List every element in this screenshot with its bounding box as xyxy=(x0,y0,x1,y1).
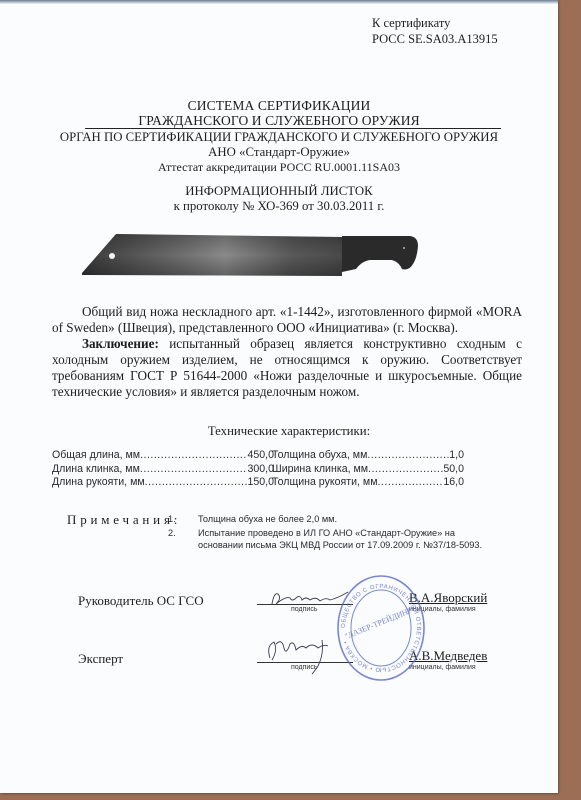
specs-right-column: Толщина обуха, мм1,0 Ширина клинка, мм50… xyxy=(272,449,464,490)
scan-shadow xyxy=(0,0,558,4)
spec-label: Длина рукояти, мм xyxy=(52,476,145,490)
notes-label: Примечания: xyxy=(67,512,181,528)
product-description: Общий вид ножа нескладного арт. «1-1442»… xyxy=(52,304,522,336)
spec-label: Толщина рукояти, мм xyxy=(272,476,377,490)
spec-value: 450,0 xyxy=(247,449,274,463)
spec-value: 300,0 xyxy=(247,463,274,477)
signature-caption: подпись xyxy=(291,606,317,613)
document-title: ИНФОРМАЦИОННЫЙ ЛИСТОК xyxy=(0,184,558,199)
spec-value: 50,0 xyxy=(443,463,464,477)
certificate-ref-line1: К сертификату xyxy=(372,15,498,31)
note-text: Испытание проведено в ИЛ ГО АНО «Стандар… xyxy=(198,527,488,551)
system-heading-line2: ГРАЖДАНСКОГО И СЛУЖЕБНОГО ОРУЖИЯ xyxy=(0,113,558,128)
spec-value: 150,0 xyxy=(247,476,274,490)
spec-row: Общая длина, мм450,0 xyxy=(52,449,274,463)
note-text: Толщина обуха не более 2,0 мм. xyxy=(198,513,488,525)
notes-list: 1.Толщина обуха не более 2,0 мм. 2.Испыт… xyxy=(168,513,488,553)
system-heading-line1: СИСТЕМА СЕРТИФИКАЦИИ xyxy=(0,98,558,113)
spec-label: Длина клинка, мм xyxy=(52,463,140,477)
spec-row: Ширина клинка, мм50,0 xyxy=(272,463,464,477)
org-name-line1: ОРГАН ПО СЕРТИФИКАЦИИ ГРАЖДАНСКОГО И СЛУ… xyxy=(0,130,558,145)
specs-title: Технические характеристики: xyxy=(0,424,558,439)
document-page: К сертификату РОСС SE.SA03.A13915 СИСТЕМ… xyxy=(0,0,558,793)
specs-left-column: Общая длина, мм450,0 Длина клинка, мм300… xyxy=(52,449,274,490)
note-item: 2.Испытание проведено в ИЛ ГО АНО «Станд… xyxy=(168,527,488,551)
note-number: 2. xyxy=(168,527,198,551)
spec-label: Толщина обуха, мм xyxy=(272,449,367,463)
conclusion-label: Заключение: xyxy=(82,336,159,351)
accreditation: Аттестат аккредитации РОСС RU.0001.11SA0… xyxy=(0,160,558,175)
spec-row: Толщина обуха, мм1,0 xyxy=(272,449,464,463)
note-number: 1. xyxy=(168,513,198,525)
spec-row: Длина рукояти, мм150,0 xyxy=(52,476,274,490)
system-heading: СИСТЕМА СЕРТИФИКАЦИИ ГРАЖДАНСКОГО И СЛУЖ… xyxy=(0,98,558,128)
org-name-line2: АНО «Стандарт-Оружие» xyxy=(0,145,558,160)
spec-row: Длина клинка, мм300,0 xyxy=(52,463,274,477)
spec-value: 16,0 xyxy=(443,476,464,490)
spec-row: Толщина рукояти, мм16,0 xyxy=(272,476,464,490)
seal-stamp-icon: ОБЩЕСТВО С ОГРАНИЧЕННОЙ ОТВЕТСТВЕННОСТЬЮ… xyxy=(336,573,426,683)
note-item: 1.Толщина обуха не более 2,0 мм. xyxy=(168,513,488,525)
header-divider xyxy=(85,128,501,129)
signatory-role-expert: Эксперт xyxy=(78,651,123,667)
knife-photo-icon xyxy=(80,234,420,282)
spec-value: 1,0 xyxy=(449,449,464,463)
conclusion-paragraph: Заключение: испытанный образец является … xyxy=(52,336,522,400)
certificate-ref-number: РОСС SE.SA03.A13915 xyxy=(372,31,498,47)
certificate-reference: К сертификату РОСС SE.SA03.A13915 xyxy=(372,15,498,47)
spec-label: Ширина клинка, мм xyxy=(272,463,368,477)
protocol-reference: к протоколу № ХО-369 от 30.03.2011 г. xyxy=(0,199,558,214)
signatory-role-head: Руководитель ОС ГСО xyxy=(78,593,204,609)
signature-caption: подпись xyxy=(291,664,317,671)
spec-label: Общая длина, мм xyxy=(52,449,140,463)
